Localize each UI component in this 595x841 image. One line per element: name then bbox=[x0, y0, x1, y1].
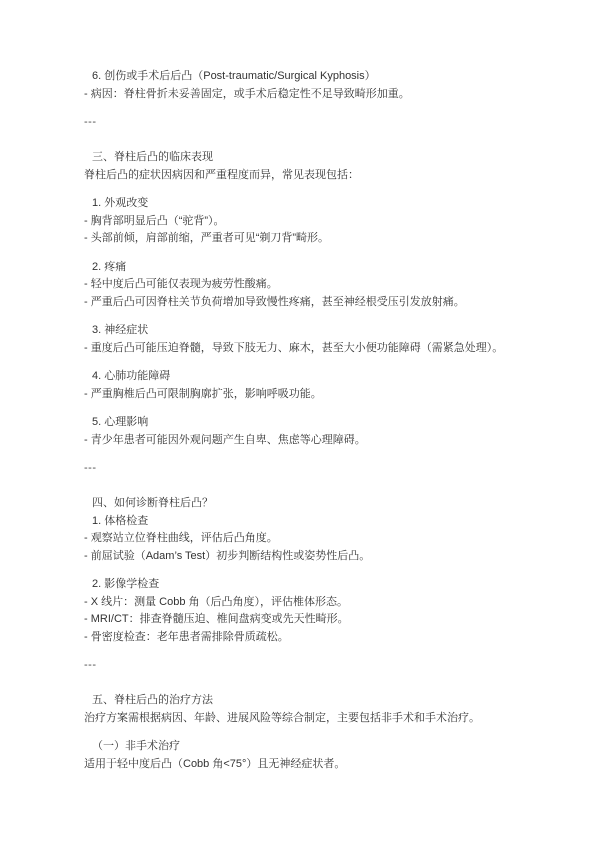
paragraph: 治疗方案需根据病因、年龄、进展风险等综合制定，主要包括非手术和手术治疗。 bbox=[84, 710, 554, 728]
subsection-heading: （一）非手术治疗 bbox=[84, 738, 554, 756]
section-heading: 五、脊柱后凸的治疗方法 bbox=[84, 692, 554, 710]
list-item: - 严重胸椎后凸可限制胸廓扩张，影响呼吸功能。 bbox=[84, 386, 554, 404]
separator: --- bbox=[84, 657, 554, 675]
numbered-heading: 2. 影像学检查 bbox=[84, 576, 554, 594]
list-item: - X 线片：测量 Cobb 角（后凸角度），评估椎体形态。 bbox=[84, 594, 554, 612]
numbered-heading: 1. 体格检查 bbox=[84, 513, 554, 531]
numbered-heading: 6. 创伤或手术后后凸（Post-traumatic/Surgical Kyph… bbox=[84, 68, 554, 86]
list-item: - 青少年患者可能因外观问题产生自卑、焦虑等心理障碍。 bbox=[84, 432, 554, 450]
list-item: - 胸背部明显后凸（“驼背”）。 bbox=[84, 213, 554, 231]
paragraph: 脊柱后凸的症状因病因和严重程度而异，常见表现包括： bbox=[84, 167, 554, 185]
numbered-heading: 4. 心肺功能障碍 bbox=[84, 368, 554, 386]
document-body: 6. 创伤或手术后后凸（Post-traumatic/Surgical Kyph… bbox=[84, 68, 554, 773]
document-page: 6. 创伤或手术后后凸（Post-traumatic/Surgical Kyph… bbox=[0, 0, 595, 841]
numbered-heading: 5. 心理影响 bbox=[84, 414, 554, 432]
list-item: - 头部前倾，肩部前缩，严重者可见“剃刀背”畸形。 bbox=[84, 230, 554, 248]
numbered-heading: 1. 外观改变 bbox=[84, 195, 554, 213]
list-item: - 病因：脊柱骨折未妥善固定，或手术后稳定性不足导致畸形加重。 bbox=[84, 86, 554, 104]
list-item: - 轻中度后凸可能仅表现为疲劳性酸痛。 bbox=[84, 276, 554, 294]
section-heading: 三、脊柱后凸的临床表现 bbox=[84, 149, 554, 167]
list-item: - 前屈试验（Adam’s Test）初步判断结构性或姿势性后凸。 bbox=[84, 548, 554, 566]
list-item: - 重度后凸可能压迫脊髓，导致下肢无力、麻木，甚至大小便功能障碍（需紧急处理）。 bbox=[84, 340, 554, 358]
section-heading: 四、如何诊断脊柱后凸？ bbox=[84, 495, 554, 513]
paragraph: 适用于轻中度后凸（Cobb 角<75°）且无神经症状者。 bbox=[84, 756, 554, 774]
list-item: - MRI/CT：排查脊髓压迫、椎间盘病变或先天性畸形。 bbox=[84, 611, 554, 629]
separator: --- bbox=[84, 114, 554, 132]
list-item: - 观察站立位脊柱曲线，评估后凸角度。 bbox=[84, 530, 554, 548]
numbered-heading: 2. 疼痛 bbox=[84, 259, 554, 277]
numbered-heading: 3. 神经症状 bbox=[84, 322, 554, 340]
list-item: - 严重后凸可因脊柱关节负荷增加导致慢性疼痛，甚至神经根受压引发放射痛。 bbox=[84, 294, 554, 312]
list-item: - 骨密度检查：老年患者需排除骨质疏松。 bbox=[84, 629, 554, 647]
separator: --- bbox=[84, 460, 554, 478]
